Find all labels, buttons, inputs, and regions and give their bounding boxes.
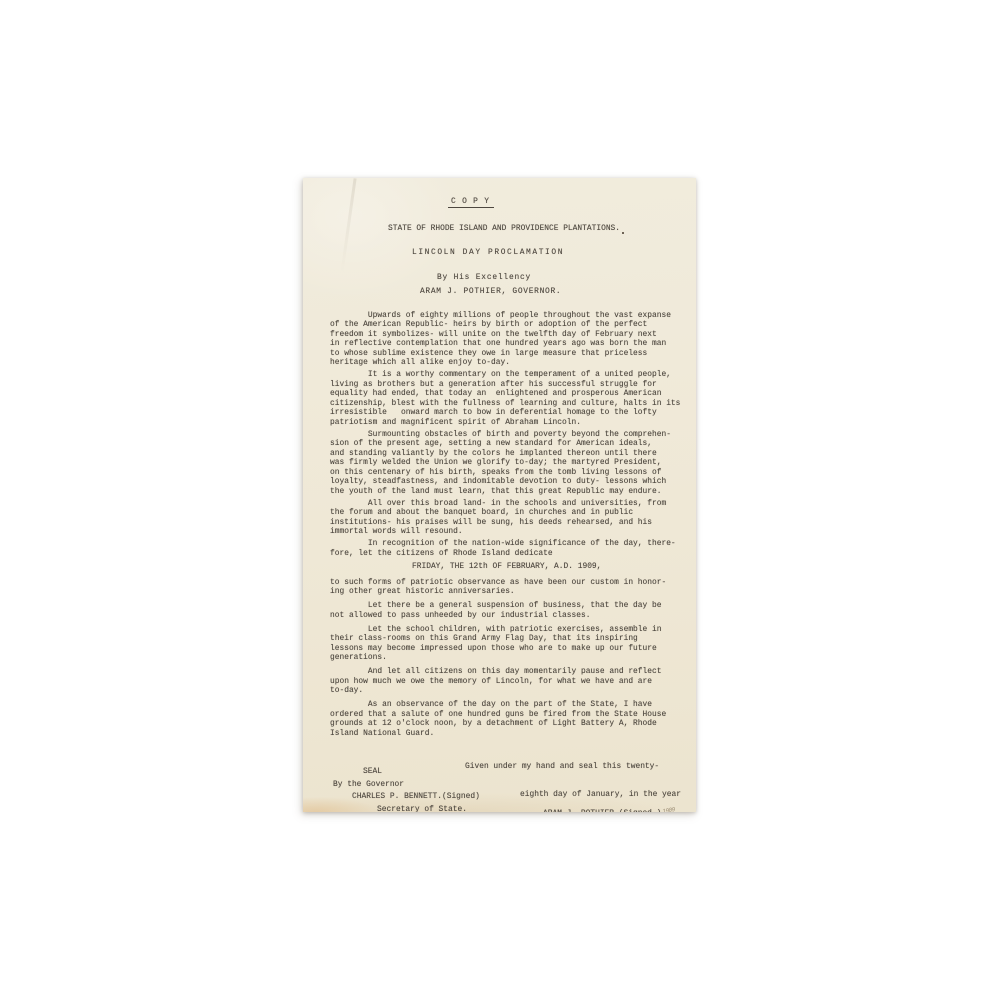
body-paragraph: And let all citizens on this day momenta… — [330, 667, 684, 696]
state-line: STATE OF RHODE ISLAND AND PROVIDENCE PLA… — [388, 224, 684, 234]
byline: By His Excellency — [437, 273, 684, 283]
proclamation-date-line: FRIDAY, THE 12th OF FEBRUARY, A.D. 1909, — [412, 562, 684, 572]
document-title: LINCOLN DAY PROCLAMATION — [412, 248, 684, 258]
secretary-title: Secretary of State. — [377, 805, 467, 813]
copy-label: C O P Y — [448, 197, 684, 207]
scan-background: C O P Y STATE OF RHODE ISLAND AND PROVID… — [0, 0, 1000, 1000]
paper-speck — [622, 232, 624, 234]
document-page: C O P Y STATE OF RHODE ISLAND AND PROVID… — [303, 178, 696, 812]
pothier-signature-text: ARAM J. POTHIER.(Signed ) — [543, 809, 661, 813]
body-paragraph: to such forms of patriotic observance as… — [330, 578, 684, 597]
seal-label: SEAL — [363, 767, 382, 777]
handwritten-year: 1909 — [662, 805, 676, 812]
signature-pothier: ARAM J. POTHIER.(Signed )1909 — [543, 809, 676, 813]
body-paragraph: Let the school children, with patriotic … — [330, 625, 684, 663]
paper-crease — [340, 178, 356, 272]
body-paragraph: It is a worthy commentary on the tempera… — [330, 370, 684, 427]
body-paragraph: All over this broad land- in the schools… — [330, 499, 684, 537]
governor-name-line: ARAM J. POTHIER, GOVERNOR. — [420, 287, 684, 297]
copy-label-text: C O P Y — [448, 197, 494, 208]
closing-block: Given under my hand and seal this twenty… — [330, 743, 684, 813]
body-paragraph: In recognition of the nation-wide signif… — [330, 539, 684, 558]
body-paragraph: Let there be a general suspension of bus… — [330, 601, 684, 620]
attestation-line: Given under my hand and seal this twenty… — [465, 762, 681, 772]
body-paragraph: Surmounting obstacles of birth and pover… — [330, 430, 684, 497]
attestation-line: eighth day of January, in the year — [520, 790, 681, 800]
body-paragraph: As an observance of the day on the part … — [330, 700, 684, 738]
by-governor-label: By the Governor — [333, 780, 404, 790]
attestation-block: Given under my hand and seal this twenty… — [465, 743, 681, 813]
body-paragraph: Upwards of eighty millions of people thr… — [330, 311, 684, 368]
signature-bennett: CHARLES P. BENNETT.(Signed) — [352, 792, 480, 802]
